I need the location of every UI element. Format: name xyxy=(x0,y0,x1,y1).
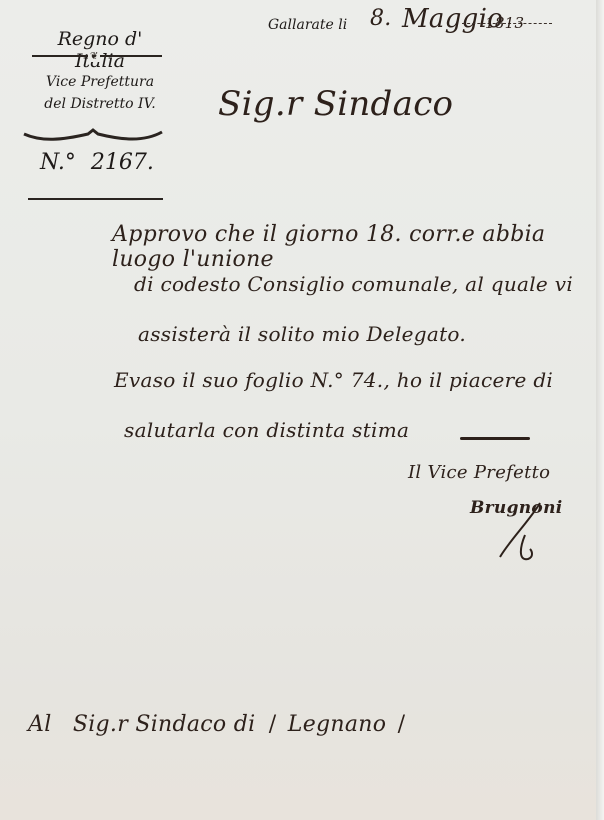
letterhead-rule-bottom xyxy=(28,198,163,200)
salutation: Sig.r Sindaco xyxy=(218,84,453,124)
ornament-icon: ❦ xyxy=(88,51,100,62)
body-line: di codesto Consiglio comunale, al quale … xyxy=(134,272,573,296)
swash-ornament-icon xyxy=(22,128,164,142)
dateline-day: 8. xyxy=(370,6,392,31)
address-bracket-open: / xyxy=(269,712,277,737)
body-line: Evaso il suo foglio N.° 74., ho il piace… xyxy=(114,368,553,392)
signature-title: Il Vice Prefetto xyxy=(408,462,550,483)
address-prefix: Al xyxy=(28,712,52,737)
dateline-year: 1813 xyxy=(485,14,524,32)
signature-underline xyxy=(460,437,530,440)
protocol-number-value: 2167. xyxy=(91,150,154,175)
signature-flourish-icon xyxy=(470,495,560,565)
letterhead-office-line2: del Distretto IV. xyxy=(30,96,170,112)
letterhead-title: Regno d' Italia xyxy=(30,28,170,72)
body-line: assisterà il solito mio Delegato. xyxy=(138,322,466,346)
letterhead-office-line1: Vice Prefettura xyxy=(30,74,170,90)
protocol-number: N.° 2167. xyxy=(40,150,154,175)
body-line: Approvo che il giorno 18. corr.e abbia l… xyxy=(112,222,604,272)
dateline-place: Gallarate li xyxy=(268,17,347,33)
paper-edge xyxy=(596,0,604,820)
address-town: Legnano xyxy=(288,712,387,737)
address-recipient: Sig.r Sindaco di xyxy=(73,712,256,737)
recipient-address: Al Sig.r Sindaco di / Legnano / xyxy=(28,712,405,737)
body-line: salutarla con distinta stima xyxy=(124,418,409,442)
protocol-number-label: N.° xyxy=(40,150,76,175)
address-bracket-close: / xyxy=(398,712,406,737)
